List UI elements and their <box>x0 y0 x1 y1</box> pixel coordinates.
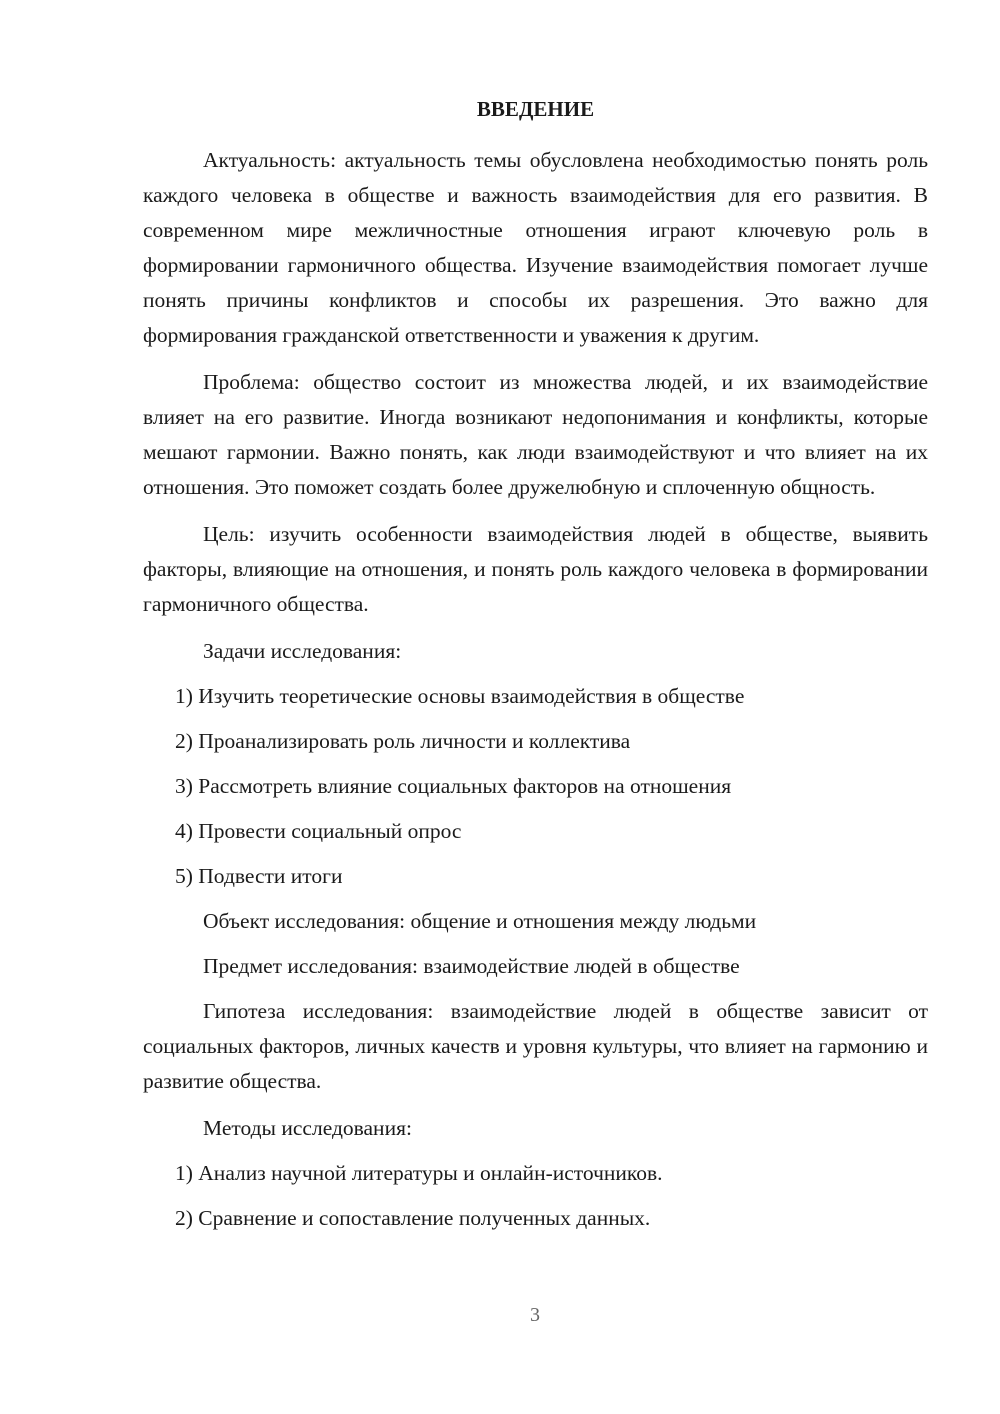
task-item: 1) Изучить теоретические основы взаимоде… <box>143 679 928 714</box>
task-item: 2) Проанализировать роль личности и колл… <box>143 724 928 759</box>
tasks-heading: Задачи исследования: <box>143 634 928 669</box>
document-page: ВВЕДЕНИЕ Актуальность: актуальность темы… <box>143 94 928 1246</box>
methods-heading: Методы исследования: <box>143 1111 928 1146</box>
method-item: 1) Анализ научной литературы и онлайн-ис… <box>143 1156 928 1191</box>
research-object: Объект исследования: общение и отношения… <box>143 904 928 939</box>
method-item: 2) Сравнение и сопоставление полученных … <box>143 1201 928 1236</box>
paragraph-relevance: Актуальность: актуальность темы обусловл… <box>143 143 928 353</box>
tasks-list: 1) Изучить теоретические основы взаимоде… <box>143 679 928 894</box>
section-title: ВВЕДЕНИЕ <box>143 94 928 124</box>
page-number: 3 <box>0 1304 1000 1327</box>
methods-list: 1) Анализ научной литературы и онлайн-ис… <box>143 1156 928 1236</box>
paragraph-goal: Цель: изучить особенности взаимодействия… <box>143 517 928 622</box>
task-item: 3) Рассмотреть влияние социальных фактор… <box>143 769 928 804</box>
task-item: 4) Провести социальный опрос <box>143 814 928 849</box>
paragraph-hypothesis: Гипотеза исследования: взаимодействие лю… <box>143 994 928 1099</box>
paragraph-problem: Проблема: общество состоит из множества … <box>143 365 928 505</box>
research-subject: Предмет исследования: взаимодействие люд… <box>143 949 928 984</box>
task-item: 5) Подвести итоги <box>143 859 928 894</box>
